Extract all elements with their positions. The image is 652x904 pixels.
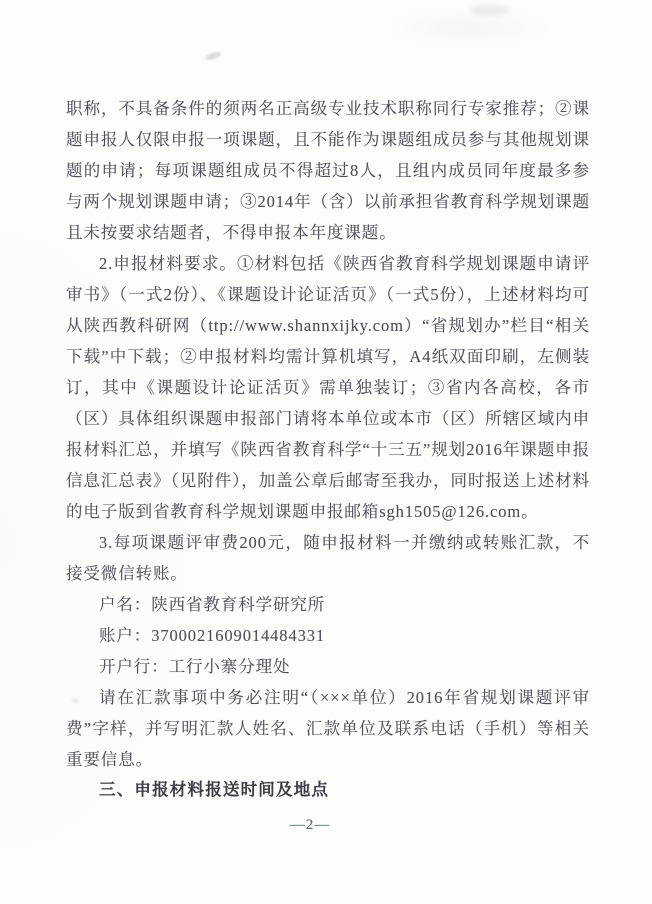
scan-smudge [204,51,221,61]
bank-branch-line: 开户行：工行小寨分理处 [66,651,590,682]
bank-account-number-line: 账户：3700021609014484331 [66,620,590,651]
document-body: 职称，不具备条件的须两名正高级专业技术职称同行专家推荐；②课题申报人仅限申报一项… [66,93,590,806]
paragraph-application-materials: 2.申报材料要求。①材料包括《陕西省教育科学规划课题申请评审书》（一式2份）、《… [66,248,590,527]
paragraph-continuation: 职称，不具备条件的须两名正高级专业技术职称同行专家推荐；②课题申报人仅限申报一项… [66,93,590,248]
scanned-document-page: 职称，不具备条件的须两名正高级专业技术职称同行专家推荐；②课题申报人仅限申报一项… [0,0,652,904]
section-heading-3: 三、申报材料报送时间及地点 [66,775,590,806]
bank-account-name-line: 户名：陕西省教育科学研究所 [66,589,590,620]
page-number: —2— [0,814,620,836]
paragraph-review-fee: 3.每项课题评审费200元，随申报材料一并缴纳或转账汇款，不接受微信转账。 [66,527,590,589]
paragraph-remittance-note: 请在汇款事项中务必注明“（×××单位）2016年省规划课题评审费”字样，并写明汇… [66,682,590,775]
scan-smudge [470,4,510,16]
